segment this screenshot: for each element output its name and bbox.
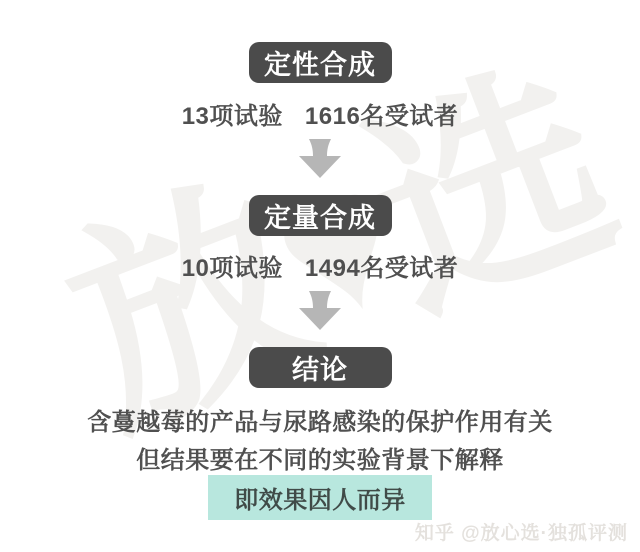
quantitative-trials-count: 10项试验 (182, 255, 283, 282)
conclusion-highlight: 即效果因人而异 (208, 475, 432, 520)
step-row-qualitative: 定性合成 (0, 42, 640, 83)
flow-arrow-2 (0, 291, 640, 336)
quantitative-subjects-count: 1494名受试者 (305, 255, 458, 282)
step-row-conclusion: 结论 (0, 347, 640, 388)
infographic-canvas: 放♥选 定性合成 13项试验1616名受试者 定量合成 10项试验1494名受试… (0, 0, 640, 552)
step-box-quantitative: 定量合成 (249, 195, 392, 236)
qualitative-trials-count: 13项试验 (182, 103, 283, 130)
conclusion-highlight-row: 即效果因人而异 (0, 475, 640, 520)
qualitative-stats: 13项试验1616名受试者 (0, 96, 640, 131)
step-box-conclusion: 结论 (249, 347, 392, 388)
conclusion-line-1: 含蔓越莓的产品与尿路感染的保护作用有关 (0, 402, 640, 437)
down-arrow-icon (298, 139, 342, 179)
credit-watermark: 知乎 @放心选·独孤评测 (415, 518, 628, 545)
flow-arrow-1 (0, 139, 640, 184)
step-box-qualitative: 定性合成 (249, 42, 392, 83)
step-row-quantitative: 定量合成 (0, 195, 640, 236)
qualitative-subjects-count: 1616名受试者 (305, 103, 458, 130)
quantitative-stats: 10项试验1494名受试者 (0, 248, 640, 283)
conclusion-line-2: 但结果要在不同的实验背景下解释 (0, 440, 640, 475)
down-arrow-icon (298, 291, 342, 331)
